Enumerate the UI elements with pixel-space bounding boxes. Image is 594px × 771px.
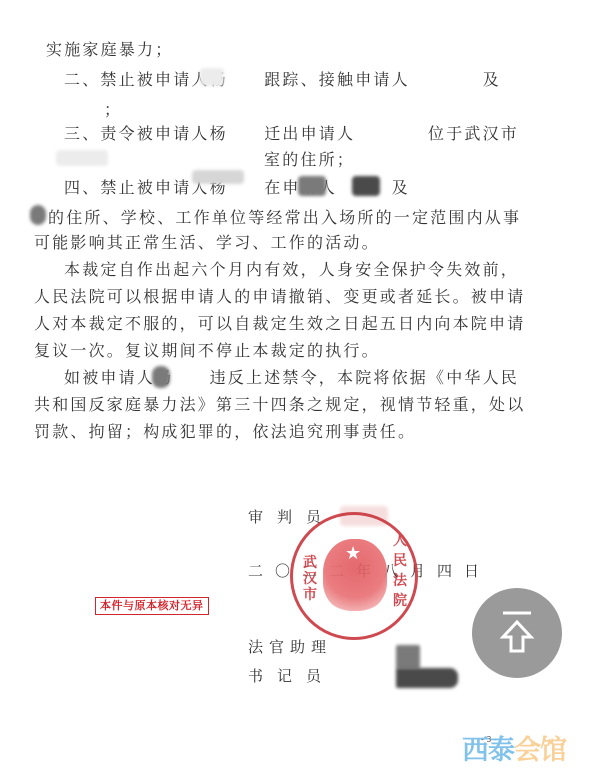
redaction-block	[396, 645, 420, 669]
site-watermark: 西泰会馆	[462, 728, 566, 767]
redaction-block	[56, 150, 108, 166]
paragraph-6-line-3: 罚款、拘留；构成犯罪的，依法追究刑事责任。	[34, 422, 416, 442]
star-icon: ★	[345, 545, 361, 563]
court-seal: ★ 武汉市 人民法院	[290, 512, 418, 640]
court-ruling-page: 实施家庭暴力； 二、禁止被申请人杨 跟踪、接触申请人 及 ； 三、责令被申请人杨…	[0, 0, 594, 771]
redaction-block	[152, 366, 170, 388]
paragraph-6-line-2: 共和国反家庭暴力法》第三十四条之规定，视情节轻重，处以	[34, 395, 525, 415]
paragraph-5-line-3: 人对本裁定不服的，可以自裁定生效之日起五日内向本院申请	[34, 314, 525, 334]
redaction-block	[192, 170, 244, 184]
paragraph-4-line-1: 四、禁止被申请人杨 在申请人 及	[64, 178, 464, 198]
redaction-block	[396, 668, 458, 688]
seal-right-text: 人民法院	[393, 531, 407, 611]
paragraph-3-line-1: 三、责令被申请人杨 迁出申请人 位于武汉市	[64, 124, 519, 144]
paragraph-5-line-4: 复议一次。复议期间不停止本裁定的执行。	[34, 341, 380, 361]
paragraph-2-line-1: 二、禁止被申请人杨 跟踪、接触申请人 及	[64, 70, 501, 90]
redaction-block	[352, 176, 380, 196]
paragraph-6-line-1: 如被申请人杨 违反上述禁令，本院将依据《中华人民	[64, 368, 519, 388]
redaction-block	[298, 176, 326, 196]
redaction-block	[200, 68, 224, 86]
assistant-judge-label: 法官助理	[248, 636, 332, 657]
paragraph-3-line-2: 室的住所；	[264, 150, 355, 170]
seal-left-text: 武汉市	[303, 555, 317, 603]
clerk-label: 书记员	[248, 665, 335, 686]
watermark-part-1: 西泰	[462, 735, 514, 766]
paragraph-5-line-2: 人民法院可以根据申请人的申请撤销、变更或者延长。被申请	[34, 287, 525, 307]
arrow-up-to-line-icon	[497, 609, 537, 657]
paragraph-1-tail: 实施家庭暴力；	[46, 40, 173, 60]
watermark-part-2: 会馆	[514, 735, 566, 766]
certified-copy-stamp: 本件与原本核对无异	[95, 597, 209, 615]
back-to-top-button[interactable]	[472, 588, 562, 678]
redaction-block	[30, 205, 46, 225]
paragraph-4-line-3: 可能影响其正常生活、学习、工作的活动。	[34, 233, 380, 253]
paragraph-2-line-2: ；	[104, 100, 122, 120]
paragraph-5-line-1: 本裁定自作出起六个月内有效，人身安全保护令失效前，	[64, 260, 519, 280]
paragraph-4-line-2: 的住所、学校、工作单位等经常出入场所的一定范围内从事	[48, 208, 521, 228]
